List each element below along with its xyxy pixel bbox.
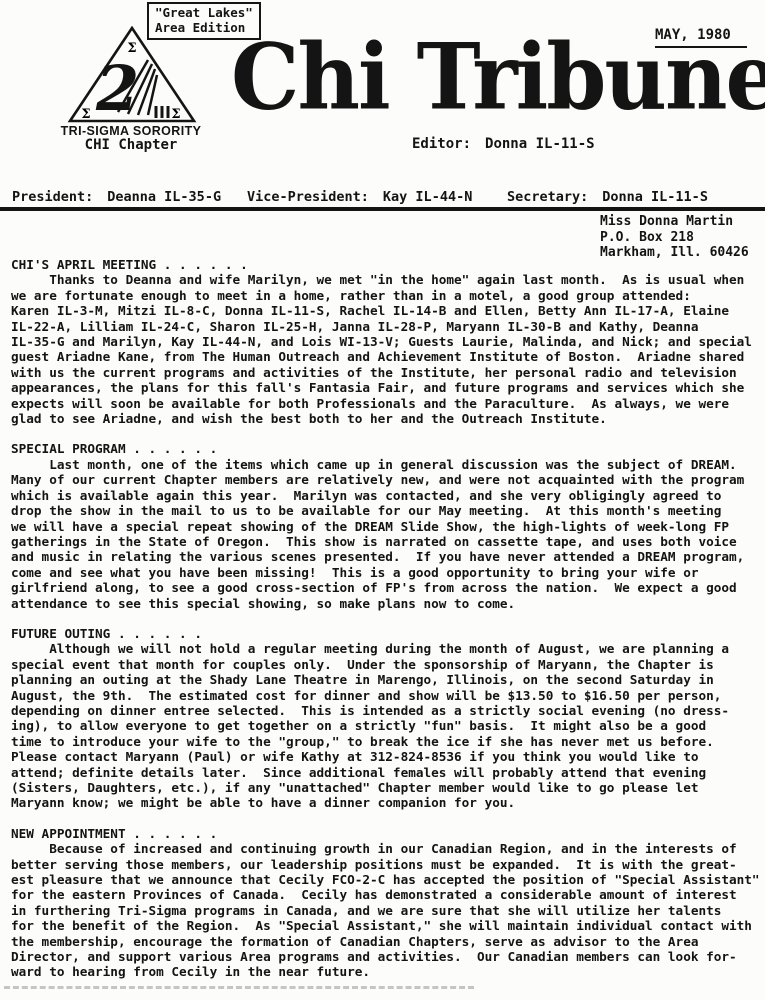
section-body: Although we will not hold a regular meet… <box>11 641 764 810</box>
section-body: Because of increased and continuing grow… <box>11 841 764 980</box>
officer-vice-president: Vice-President:Kay IL-44-N <box>247 189 472 205</box>
officer-vp-label: Vice-President: <box>247 189 369 205</box>
logo-numeral: 2 <box>95 52 139 125</box>
section-heading: NEW APPOINTMENT . . . . . . <box>11 826 764 841</box>
masthead-title: Chi Tribune <box>231 26 765 130</box>
edition-line1: "Great Lakes" <box>155 6 253 21</box>
scan-artifact-line <box>4 986 474 989</box>
officer-president: President:Deanna IL-35-G <box>12 189 221 205</box>
mailing-address: Miss Donna Martin P.O. Box 218 Markham, … <box>600 214 749 261</box>
header-divider <box>0 207 765 211</box>
article-area: CHI'S APRIL MEETING . . . . . . Thanks t… <box>11 257 764 995</box>
section-heading: CHI'S APRIL MEETING . . . . . . <box>11 257 764 272</box>
section-future-outing: FUTURE OUTING . . . . . . Although we wi… <box>11 626 764 811</box>
address-po-box: P.O. Box 218 <box>600 230 749 246</box>
section-body: Thanks to Deanna and wife Marilyn, we me… <box>11 272 764 426</box>
editor-name: Donna IL-11-S <box>485 136 595 152</box>
tri-sigma-logo-icon: Σ Σ Σ 2 <box>60 26 200 126</box>
editor-line: Editor:Donna IL-11-S <box>412 136 595 152</box>
section-body: Last month, one of the items which came … <box>11 457 764 611</box>
sigma-left-icon: Σ <box>81 107 90 122</box>
section-heading: FUTURE OUTING . . . . . . <box>11 626 764 641</box>
officer-secretary-name: Donna IL-11-S <box>602 189 708 205</box>
address-name: Miss Donna Martin <box>600 214 749 230</box>
officer-vp-name: Kay IL-44-N <box>383 189 472 205</box>
officer-secretary: Secretary:Donna IL-11-S <box>507 189 708 205</box>
logo-org-name: TRI-SIGMA SORORITY <box>41 124 221 138</box>
section-special-program: SPECIAL PROGRAM . . . . . . Last month, … <box>11 441 764 610</box>
section-chis-april-meeting: CHI'S APRIL MEETING . . . . . . Thanks t… <box>11 257 764 426</box>
sigma-right-icon: Σ <box>171 107 180 122</box>
newsletter-page: "Great Lakes" Area Edition Σ Σ Σ 2 TRI-S… <box>0 0 765 1000</box>
officer-president-name: Deanna IL-35-G <box>107 189 221 205</box>
section-new-appointment: NEW APPOINTMENT . . . . . . Because of i… <box>11 826 764 980</box>
officer-president-label: President: <box>12 189 93 205</box>
editor-label: Editor: <box>412 136 471 152</box>
officer-secretary-label: Secretary: <box>507 189 588 205</box>
logo-chapter-name: CHI Chapter <box>41 137 221 153</box>
section-heading: SPECIAL PROGRAM . . . . . . <box>11 441 764 456</box>
